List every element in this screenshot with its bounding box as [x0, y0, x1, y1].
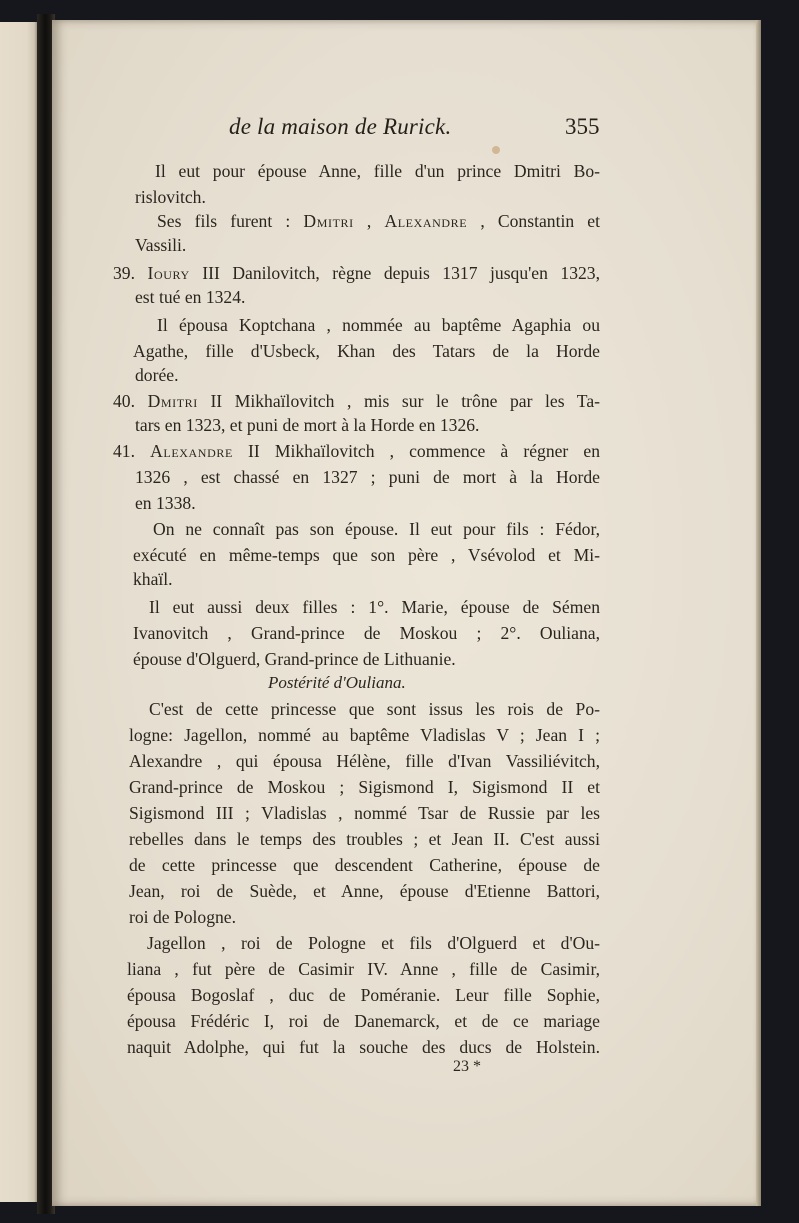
text-line: naquit Adolphe, qui fut la souche des du…	[127, 1036, 600, 1058]
small-caps-name: Alexandre	[150, 441, 233, 461]
paper-stain	[492, 146, 500, 154]
text-line: 1326 , est chassé en 1327 ; puni de mort…	[135, 466, 600, 488]
text-line: Il eut pour épouse Anne, fille d'un prin…	[155, 160, 600, 182]
text-span: 39.	[113, 263, 148, 283]
text-span: II Mikhaïlovitch , commence à régner en	[233, 441, 600, 461]
text-line: exécuté en même-temps que son père , Vsé…	[133, 544, 600, 566]
left-page-edge	[0, 22, 38, 1202]
text-line: Sigismond III ; Vladislas , nommé Tsar d…	[129, 802, 600, 824]
small-caps-name: Alexandre	[384, 211, 467, 231]
text-line: liana , fut père de Casimir IV. Anne , f…	[127, 958, 600, 980]
signature-mark: 23 *	[453, 1058, 481, 1076]
text-span: , Constantin et	[467, 211, 600, 231]
text-line: Vassili.	[135, 234, 335, 256]
text-span: 40.	[113, 391, 148, 411]
text-span: Ses fils furent :	[157, 211, 303, 231]
text-line: khaïl.	[133, 568, 333, 590]
text-span: II Mikhaïlovitch , mis sur le trône par …	[198, 391, 600, 411]
section-subheading: Postérité d'Ouliana.	[268, 673, 406, 693]
page-number: 355	[565, 114, 600, 140]
small-caps-name: Dmitri	[148, 391, 198, 411]
text-line: en 1338.	[135, 492, 335, 514]
text-line: 39. Ioury III Danilovitch, règne depuis …	[113, 262, 600, 284]
text-span: III Danilovitch, règne depuis 1317 jusqu…	[190, 263, 600, 283]
text-line: Ses fils furent : Dmitri , Alexandre , C…	[157, 210, 600, 232]
text-line: On ne connaît pas son épouse. Il eut pou…	[153, 518, 600, 540]
text-line: Ivanovitch , Grand-prince de Moskou ; 2°…	[133, 622, 600, 644]
page-fore-edge	[756, 20, 761, 1206]
text-line: tars en 1323, et puni de mort à la Horde…	[135, 414, 600, 436]
text-line: Alexandre , qui épousa Hélène, fille d'I…	[129, 750, 600, 772]
small-caps-name: Ioury	[148, 263, 190, 283]
text-line: est tué en 1324.	[135, 286, 335, 308]
text-line: Jagellon , roi de Pologne et fils d'Olgu…	[147, 932, 600, 954]
text-line: épousa Bogoslaf , duc de Poméranie. Leur…	[127, 984, 600, 1006]
running-title: de la maison de Rurick.	[229, 114, 451, 140]
text-line: Il eut aussi deux filles : 1°. Marie, ép…	[149, 596, 600, 618]
text-line: épouse d'Olguerd, Grand-prince de Lithua…	[133, 648, 600, 670]
text-line: Grand-prince de Moskou ; Sigismond I, Si…	[129, 776, 600, 798]
text-line: logne: Jagellon, nommé au baptême Vladis…	[129, 724, 600, 746]
text-line: rislovitch.	[135, 186, 335, 208]
text-line: rebelles dans le temps des troubles ; et…	[129, 828, 600, 850]
text-span: 41.	[113, 441, 150, 461]
text-line: dorée.	[135, 364, 335, 386]
text-span: ,	[354, 211, 385, 231]
text-line: roi de Pologne.	[129, 906, 329, 928]
text-line: C'est de cette princesse que sont issus …	[149, 698, 600, 720]
text-line: épousa Frédéric I, roi de Danemarck, et …	[127, 1010, 600, 1032]
text-line: Il épousa Koptchana , nommée au baptême …	[157, 314, 600, 336]
small-caps-name: Dmitri	[303, 211, 353, 231]
text-line: Agathe, fille d'Usbeck, Khan des Tatars …	[133, 340, 600, 362]
text-line: 41. Alexandre II Mikhaïlovitch , commenc…	[113, 440, 600, 462]
text-line: de cette princesse que descendent Cather…	[129, 854, 600, 876]
text-line: 40. Dmitri II Mikhaïlovitch , mis sur le…	[113, 390, 600, 412]
text-line: Jean, roi de Suède, et Anne, épouse d'Et…	[129, 880, 600, 902]
